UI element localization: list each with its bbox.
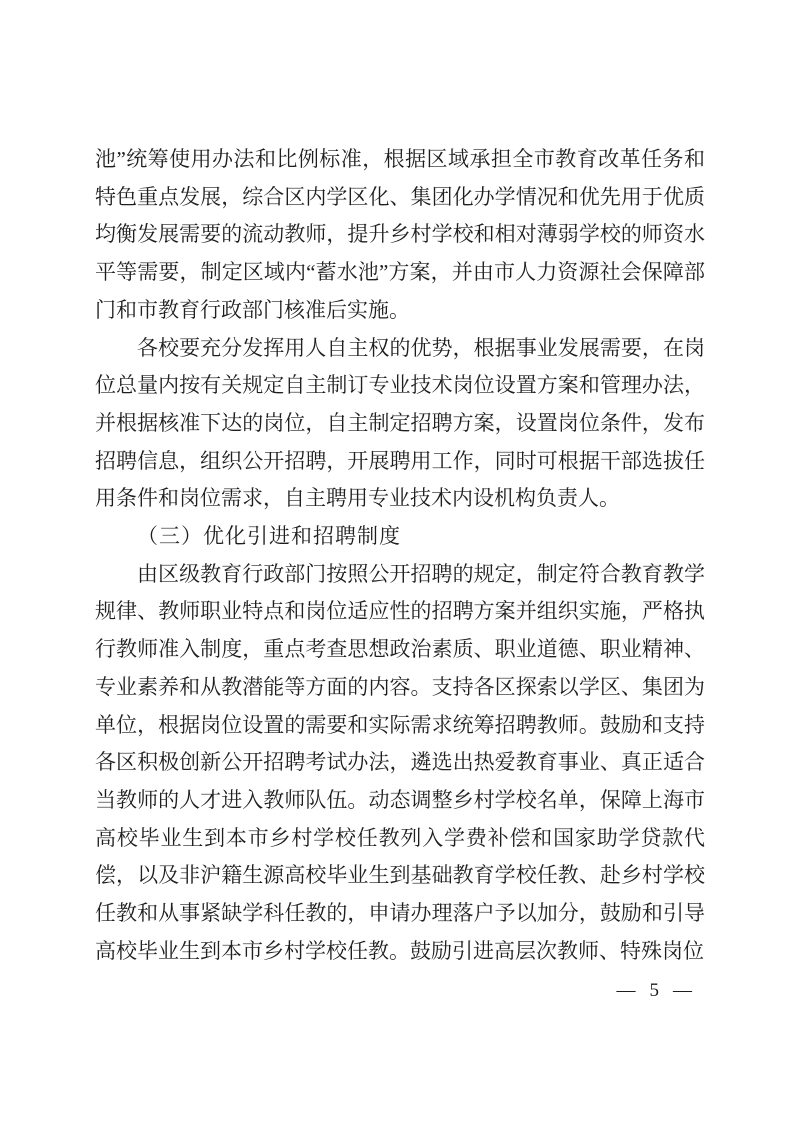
paragraph-reservoir-plan-continuation: 池”统筹使用办法和比例标准，根据区域承担全市教育改革任务和特色重点发展，综合区内…	[95, 141, 705, 330]
document-body: 池”统筹使用办法和比例标准，根据区域承担全市教育改革任务和特色重点发展，综合区内…	[95, 141, 705, 970]
paragraph-school-staffing-autonomy: 各校要充分发挥用人自主权的优势，根据事业发展需要，在岗位总量内按有关规定自主制订…	[95, 330, 705, 519]
section-heading-recruitment-system: （三）优化引进和招聘制度	[95, 518, 705, 556]
document-page: 池”统筹使用办法和比例标准，根据区域承担全市教育改革任务和特色重点发展，综合区内…	[0, 0, 793, 1122]
footer-left-dash: —	[617, 980, 636, 1002]
paragraph-recruitment-measures: 由区级教育行政部门按照公开招聘的规定，制定符合教育教学规律、教师职业特点和岗位适…	[95, 556, 705, 971]
footer-right-dash: —	[673, 980, 692, 1002]
page-number: 5	[650, 980, 660, 1002]
page-number-footer: — 5 —	[617, 980, 693, 1002]
